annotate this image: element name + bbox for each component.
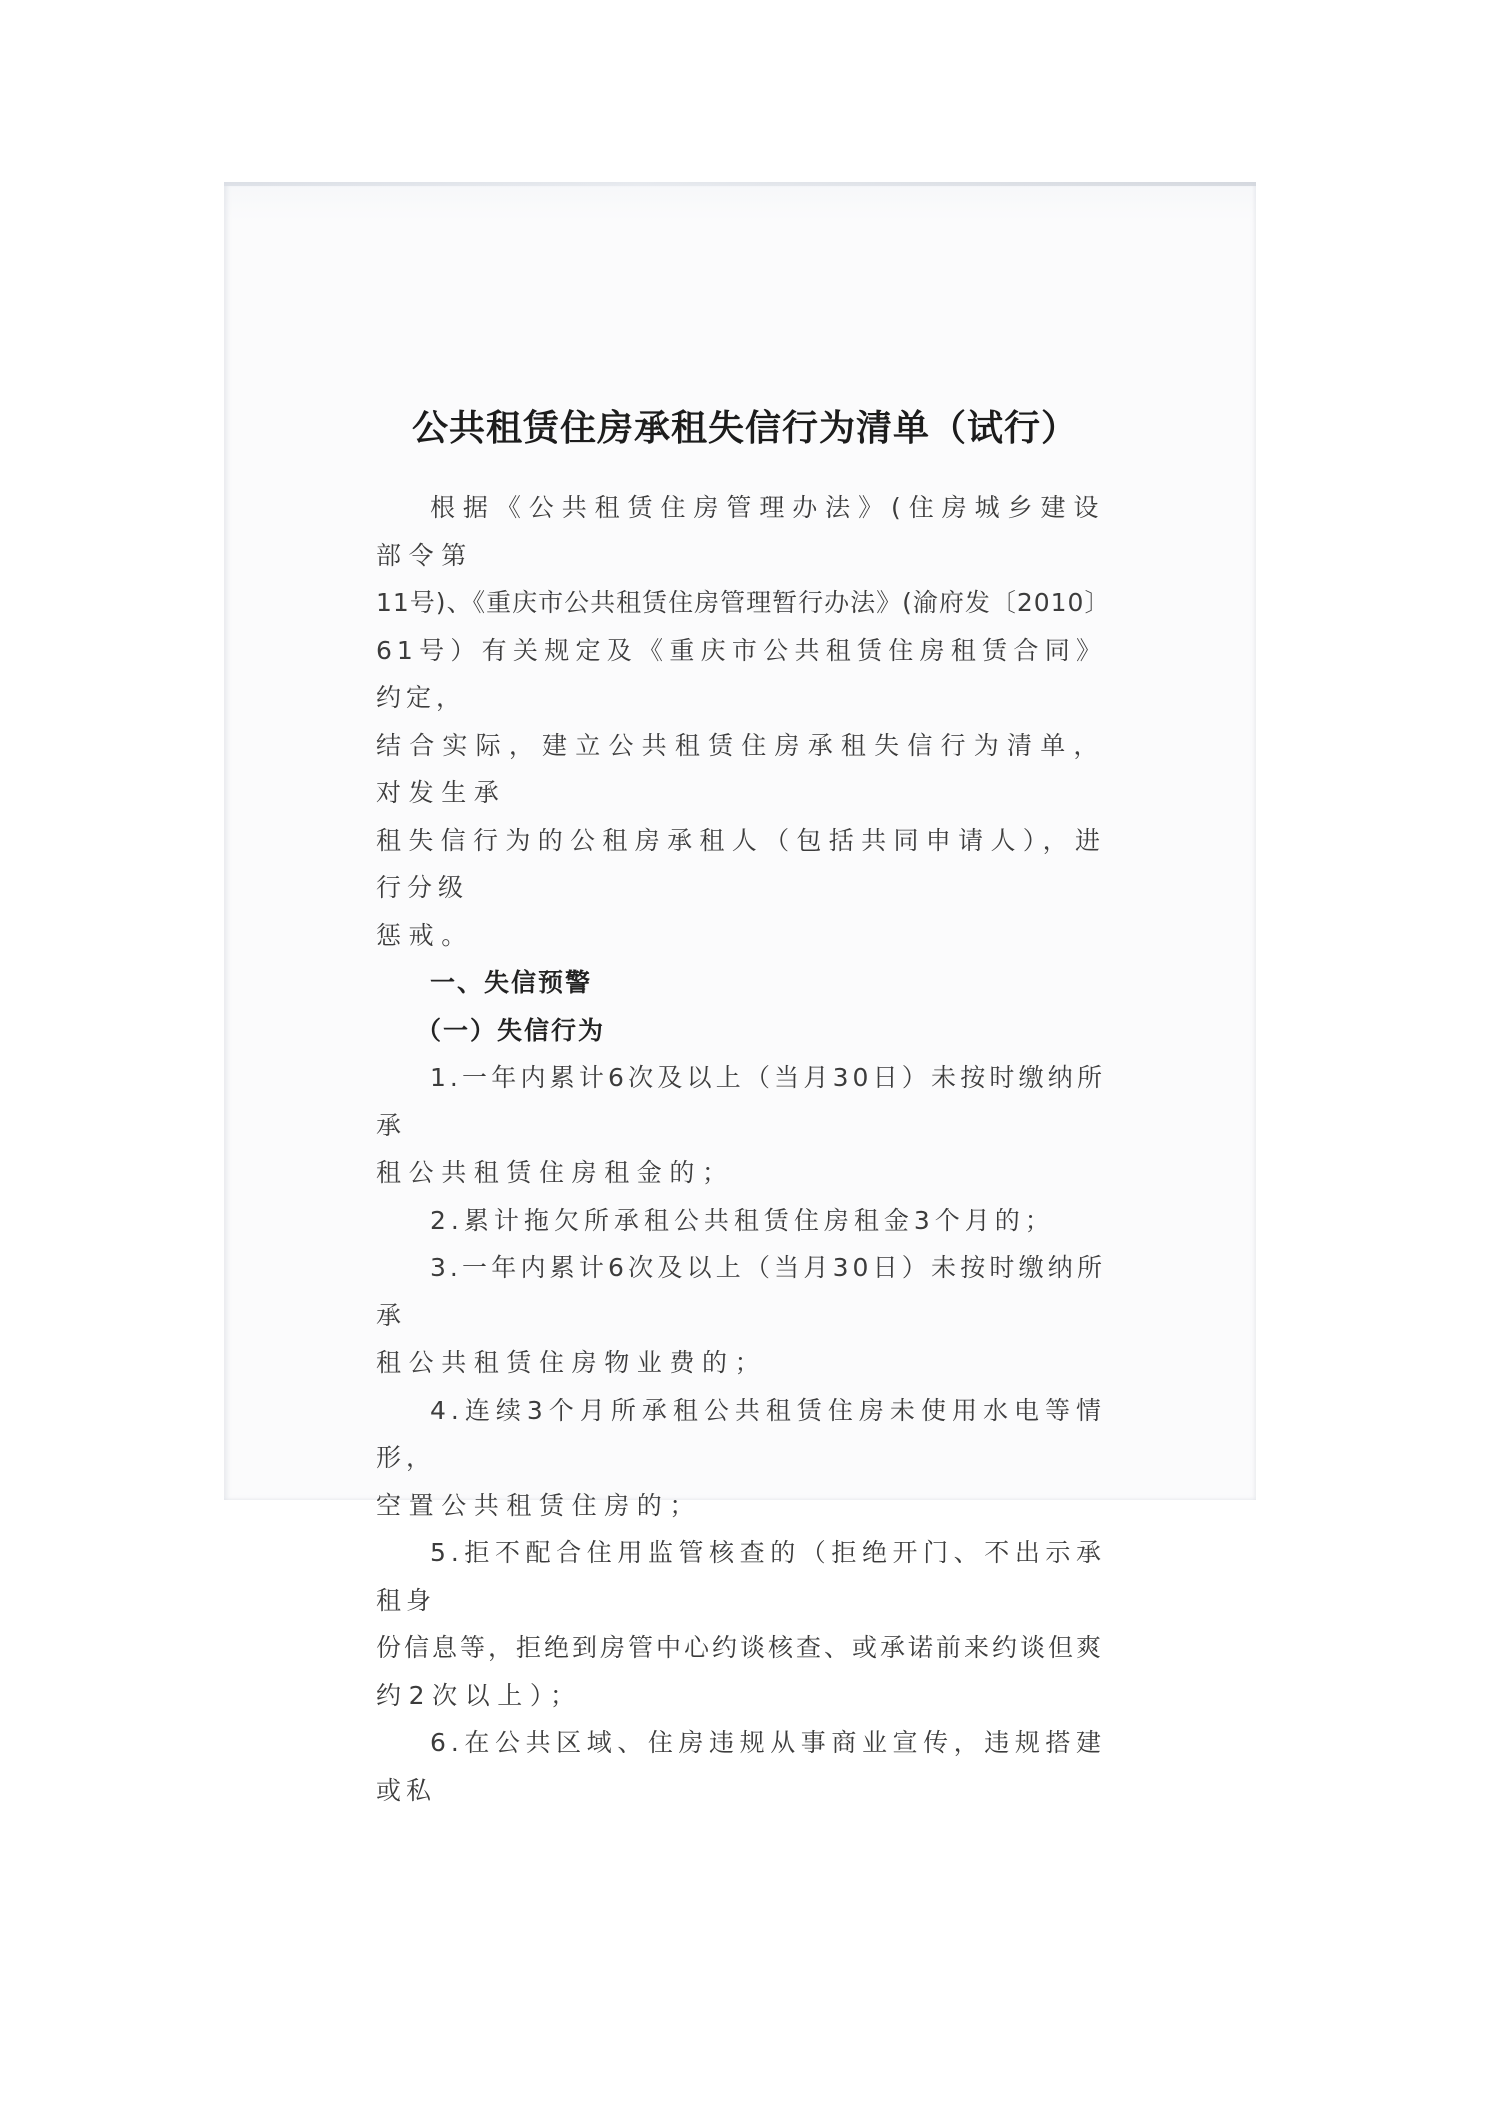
list-item-1-line: 1.一年内累计6次及以上（当月30日）未按时缴纳所承	[376, 1054, 1106, 1149]
list-item-5-line: 5.拒不配合住用监管核查的（拒绝开门、不出示承租身	[376, 1529, 1106, 1624]
subsection-heading: （一）失信行为	[376, 1007, 1106, 1055]
document-title: 公共租赁住房承租失信行为清单（试行）	[412, 400, 1092, 451]
list-item-4-line: 空置公共租赁住房的；	[376, 1482, 1106, 1530]
intro-line: 11号)、《重庆市公共租赁住房管理暂行办法》(渝府发〔2010〕	[376, 579, 1106, 627]
intro-line: 租失信行为的公租房承租人（包括共同申请人），进行分级	[376, 817, 1106, 912]
list-item-1-line: 租公共租赁住房租金的；	[376, 1149, 1106, 1197]
list-item-4-line: 4.连续3个月所承租公共租赁住房未使用水电等情形，	[376, 1387, 1106, 1482]
document-body: 根据《公共租赁住房管理办法》(住房城乡建设部令第 11号)、《重庆市公共租赁住房…	[376, 484, 1106, 1814]
intro-line: 61号）有关规定及《重庆市公共租赁住房租赁合同》约定，	[376, 627, 1106, 722]
list-item-5-line: 份信息等，拒绝到房管中心约谈核查、或承诺前来约谈但爽	[376, 1624, 1106, 1672]
intro-line: 惩戒。	[376, 912, 1106, 960]
intro-line: 根据《公共租赁住房管理办法》(住房城乡建设部令第	[376, 484, 1106, 579]
intro-line: 结合实际，建立公共租赁住房承租失信行为清单，对发生承	[376, 722, 1106, 817]
list-item-3-line: 租公共租赁住房物业费的；	[376, 1339, 1106, 1387]
list-item-2-line: 2.累计拖欠所承租公共租赁住房租金3个月的；	[376, 1197, 1106, 1245]
list-item-5-line: 约2次以上）；	[376, 1672, 1106, 1720]
section-heading: 一、失信预警	[376, 959, 1106, 1007]
list-item-6-line: 6.在公共区域、住房违规从事商业宣传，违规搭建或私	[376, 1719, 1106, 1814]
list-item-3-line: 3.一年内累计6次及以上（当月30日）未按时缴纳所承	[376, 1244, 1106, 1339]
